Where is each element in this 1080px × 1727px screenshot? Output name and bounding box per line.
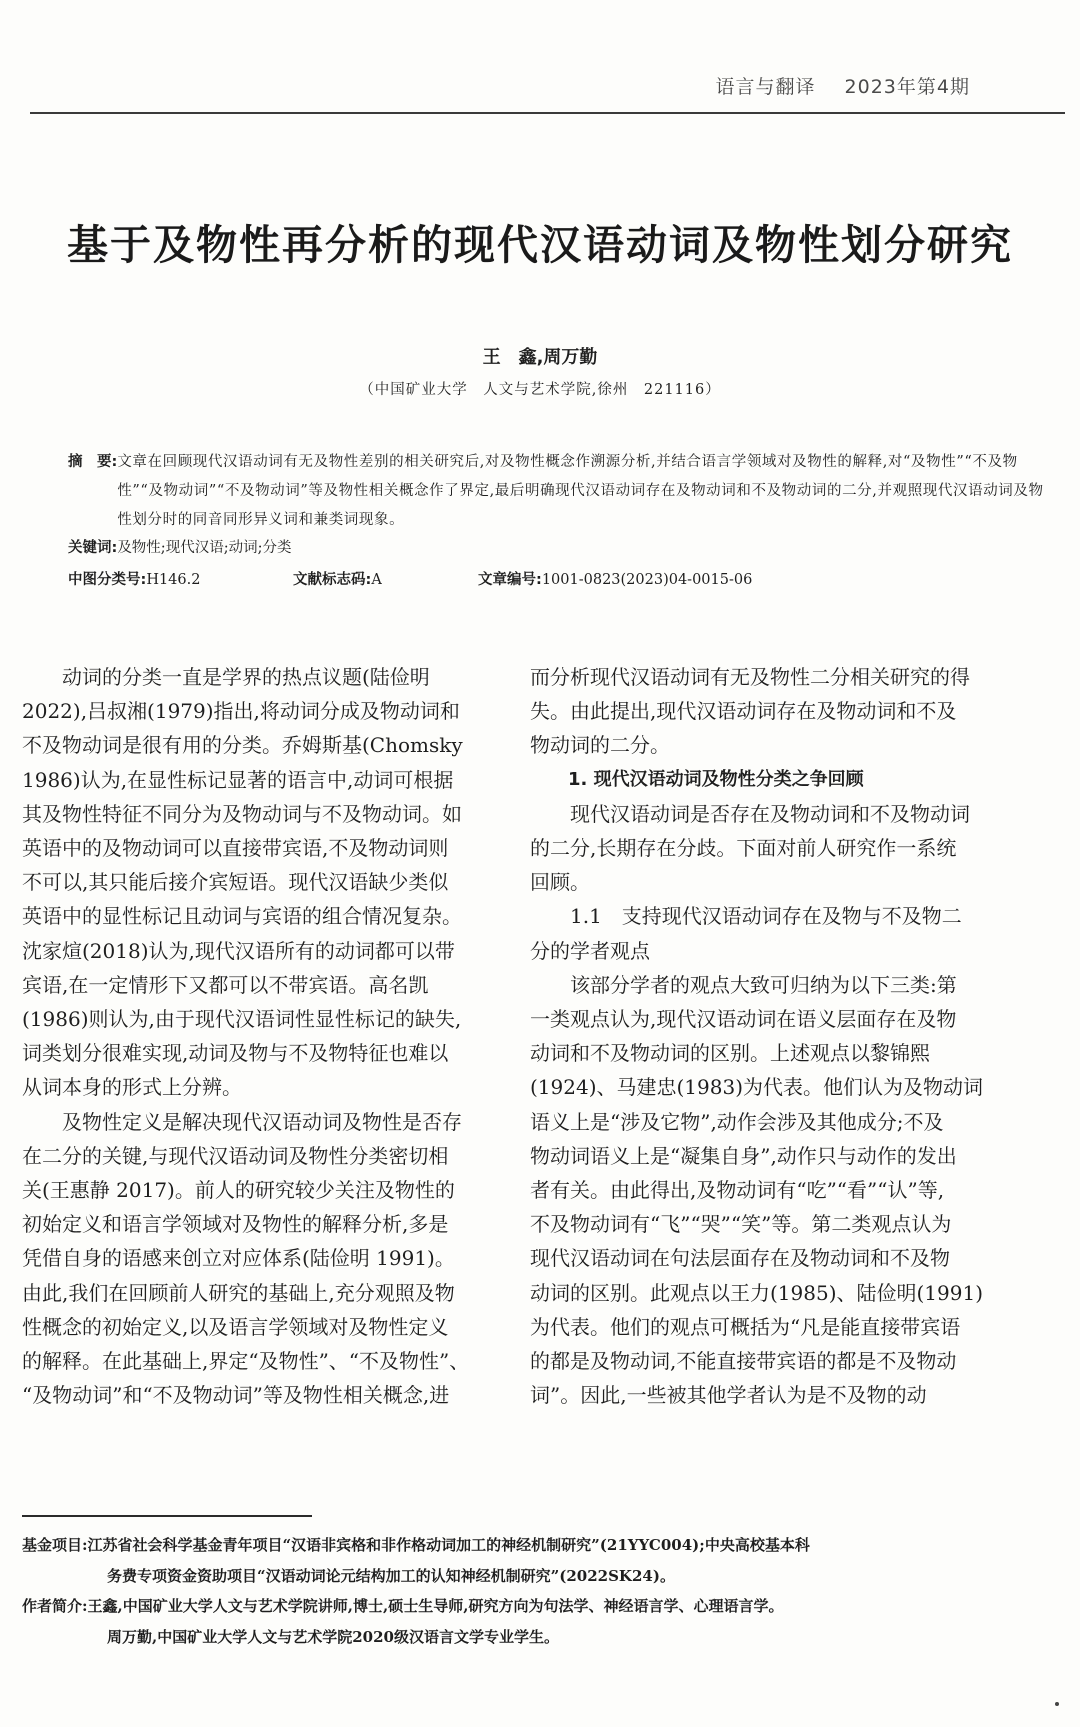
body-column-left: 动词的分类一直是学界的热点议题(陆俭明2022),吕叔湘(1979)指出,将动词… xyxy=(22,660,512,1412)
classification-meta: 中图分类号:H146.2 文献标志码:A 文章编号:1001-0823(2023… xyxy=(68,568,1018,589)
body-line: “及物动词”和“不及物动词”等及物性相关概念,进 xyxy=(22,1378,512,1412)
body-line: 凭借自身的语感来创立对应体系(陆俭明 1991)。 xyxy=(22,1241,512,1275)
author-note: 作者简介:王鑫,中国矿业大学人文与艺术学院讲师,博士,硕士生导师,研究方向为句法… xyxy=(22,1591,1072,1622)
body-line: 动词和不及物动词的区别。上述观点以黎锦熙 xyxy=(530,1036,1080,1070)
body-line: 由此,我们在回顾前人研究的基础上,充分观照及物 xyxy=(22,1276,512,1310)
article-id: 文章编号:1001-0823(2023)04-0015-06 xyxy=(478,568,752,589)
body-line: 语义上是“涉及它物”,动作会涉及其他成分;不及 xyxy=(530,1105,1080,1139)
body-line: 在二分的关键,与现代汉语动词及物性分类密切相 xyxy=(22,1139,512,1173)
body-line: 不可以,其只能后接介宾短语。现代汉语缺少类似 xyxy=(22,865,512,899)
article-id-label: 文章编号: xyxy=(478,572,542,588)
running-header: 语言与翻译 2023年第4期 xyxy=(715,72,970,99)
footnote-rule xyxy=(22,1515,312,1517)
body-line: 分的学者观点 xyxy=(530,934,1080,968)
authors: 王 鑫,周万勤 xyxy=(0,343,1080,369)
body-line: 2022),吕叔湘(1979)指出,将动词分成及物动词和 xyxy=(22,694,512,728)
abstract: 摘 要: 文章在回顾现代汉语动词有无及物性差别的相关研究后,对及物性概念作溯源分… xyxy=(68,448,1058,535)
body-line: 性概念的初始定义,以及语言学领域对及物性定义 xyxy=(22,1310,512,1344)
affiliation: （中国矿业大学 人文与艺术学院,徐州 221116） xyxy=(0,378,1080,399)
document-code-label: 文献标志码: xyxy=(293,572,371,588)
body-line: (1924)、马建忠(1983)为代表。他们认为及物动词 xyxy=(530,1070,1080,1104)
body-line: 不及物动词是很有用的分类。乔姆斯基(Chomsky xyxy=(22,728,512,762)
body-line: 该部分学者的观点大致可归纳为以下三类:第 xyxy=(530,968,1080,1002)
body-line: 回顾。 xyxy=(530,865,1080,899)
page-mark xyxy=(1055,1702,1059,1706)
body-line: 动词的分类一直是学界的热点议题(陆俭明 xyxy=(22,660,512,694)
body-line: 词”。因此,一些被其他学者认为是不及物的动 xyxy=(530,1378,1080,1412)
abstract-label: 摘 要: xyxy=(68,448,117,535)
keywords: 关键词:及物性;现代汉语;动词;分类 xyxy=(68,536,291,557)
body-line: 的解释。在此基础上,界定“及物性”、“不及物性”、 xyxy=(22,1344,512,1378)
author-note-continued: 周万勤,中国矿业大学人文与艺术学院2020级汉语言文学专业学生。 xyxy=(22,1622,1072,1653)
body-line: 物动词语义上是“凝集自身”,动作只与动作的发出 xyxy=(530,1139,1080,1173)
fund-text-1: 江苏省社会科学基金青年项目“汉语非宾格和非作格动词加工的神经机制研究”(21YY… xyxy=(88,1536,810,1554)
body-line: 关(王惠静 2017)。前人的研究较少关注及物性的 xyxy=(22,1173,512,1207)
body-line: 而分析现代汉语动词有无及物性二分相关研究的得 xyxy=(530,660,1080,694)
fund-label: 基金项目: xyxy=(22,1536,88,1554)
body-column-right: 而分析现代汉语动词有无及物性二分相关研究的得失。由此提出,现代汉语动词存在及物动… xyxy=(530,660,1080,1412)
fund-note: 基金项目:江苏省社会科学基金青年项目“汉语非宾格和非作格动词加工的神经机制研究”… xyxy=(22,1530,1072,1561)
issue-number: 2023年第4期 xyxy=(845,76,970,98)
clc-number: 中图分类号:H146.2 xyxy=(68,568,293,589)
paper-title: 基于及物性再分析的现代汉语动词及物性划分研究 xyxy=(0,212,1080,271)
body-line: (1986)则认为,由于现代汉语词性显性标记的缺失, xyxy=(22,1002,512,1036)
body-line: 一类观点认为,现代汉语动词在语义层面存在及物 xyxy=(530,1002,1080,1036)
body-line: 现代汉语动词是否存在及物动词和不及物动词 xyxy=(530,797,1080,831)
author-label: 作者简介: xyxy=(22,1597,88,1615)
body-line: 动词的区别。此观点以王力(1985)、陆俭明(1991) xyxy=(530,1276,1080,1310)
document-code-value: A xyxy=(371,572,381,588)
body-line: 沈家煊(2018)认为,现代汉语所有的动词都可以带 xyxy=(22,934,512,968)
body-line: 不及物动词有“飞”“哭”“笑”等。第二类观点认为 xyxy=(530,1207,1080,1241)
clc-value: H146.2 xyxy=(146,572,200,588)
document-code: 文献标志码:A xyxy=(293,568,478,589)
body-line: 词类划分很难实现,动词及物与不及物特征也难以 xyxy=(22,1036,512,1070)
section-heading: 1. 现代汉语动词及物性分类之争回顾 xyxy=(530,763,1080,797)
body-line: 的二分,长期存在分歧。下面对前人研究作一系统 xyxy=(530,831,1080,865)
body-line: 1.1 支持现代汉语动词存在及物与不及物二 xyxy=(530,899,1080,933)
article-id-value: 1001-0823(2023)04-0015-06 xyxy=(542,572,753,588)
body-line: 英语中的显性标记且动词与宾语的组合情况复杂。 xyxy=(22,899,512,933)
body-line: 的都是及物动词,不能直接带宾语的都是不及物动 xyxy=(530,1344,1080,1378)
body-line: 及物性定义是解决现代汉语动词及物性是否存 xyxy=(22,1105,512,1139)
fund-note-continued: 务费专项资金资助项目“汉语动词论元结构加工的认知神经机制研究”(2022SK24… xyxy=(22,1561,1072,1592)
body-line: 失。由此提出,现代汉语动词存在及物动词和不及 xyxy=(530,694,1080,728)
body-line: 从词本身的形式上分辨。 xyxy=(22,1070,512,1104)
journal-name: 语言与翻译 xyxy=(715,76,815,98)
keywords-label: 关键词: xyxy=(68,540,117,556)
body-line: 为代表。他们的观点可概括为“凡是能直接带宾语 xyxy=(530,1310,1080,1344)
body-line: 者有关。由此得出,及物动词有“吃”“看”“认”等, xyxy=(530,1173,1080,1207)
body-line: 现代汉语动词在句法层面存在及物动词和不及物 xyxy=(530,1241,1080,1275)
body-line: 初始定义和语言学领域对及物性的解释分析,多是 xyxy=(22,1207,512,1241)
clc-label: 中图分类号: xyxy=(68,572,146,588)
body-line: 其及物性特征不同分为及物动词与不及物动词。如 xyxy=(22,797,512,831)
body-line: 英语中的及物动词可以直接带宾语,不及物动词则 xyxy=(22,831,512,865)
footnotes: 基金项目:江苏省社会科学基金青年项目“汉语非宾格和非作格动词加工的神经机制研究”… xyxy=(22,1530,1072,1652)
body-line: 物动词的二分。 xyxy=(530,728,1080,762)
body-line: 宾语,在一定情形下又都可以不带宾语。高名凯 xyxy=(22,968,512,1002)
author-text-1: 王鑫,中国矿业大学人文与艺术学院讲师,博士,硕士生导师,研究方向为句法学、神经语… xyxy=(88,1597,784,1615)
abstract-text: 文章在回顾现代汉语动词有无及物性差别的相关研究后,对及物性概念作溯源分析,并结合… xyxy=(117,448,1058,535)
keywords-text: 及物性;现代汉语;动词;分类 xyxy=(117,540,291,556)
header-rule xyxy=(30,112,1065,114)
body-line: 1986)认为,在显性标记显著的语言中,动词可根据 xyxy=(22,763,512,797)
